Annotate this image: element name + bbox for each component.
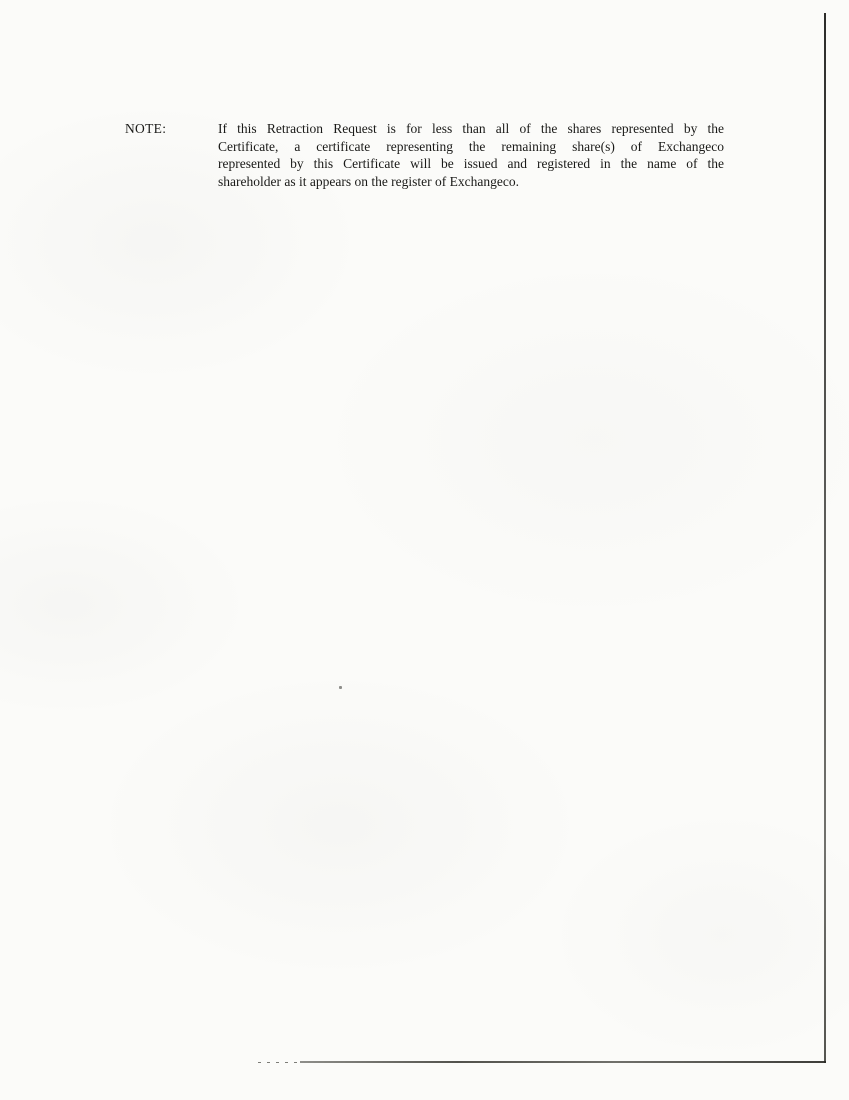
note-line: represented by this Certificate will be … <box>218 155 724 173</box>
note-paragraph: If this Retraction Request is for less t… <box>218 120 724 190</box>
note-line: If this Retraction Request is for less t… <box>218 120 724 138</box>
note-line: Certificate, a certificate representing … <box>218 138 724 156</box>
note-label: NOTE: <box>125 120 166 138</box>
note-line: shareholder as it appears on the registe… <box>218 173 724 191</box>
page-edge-line <box>824 13 826 1063</box>
bottom-rule-dashes <box>258 1062 302 1063</box>
bottom-rule-line <box>300 1061 826 1063</box>
scan-speck <box>339 686 342 689</box>
